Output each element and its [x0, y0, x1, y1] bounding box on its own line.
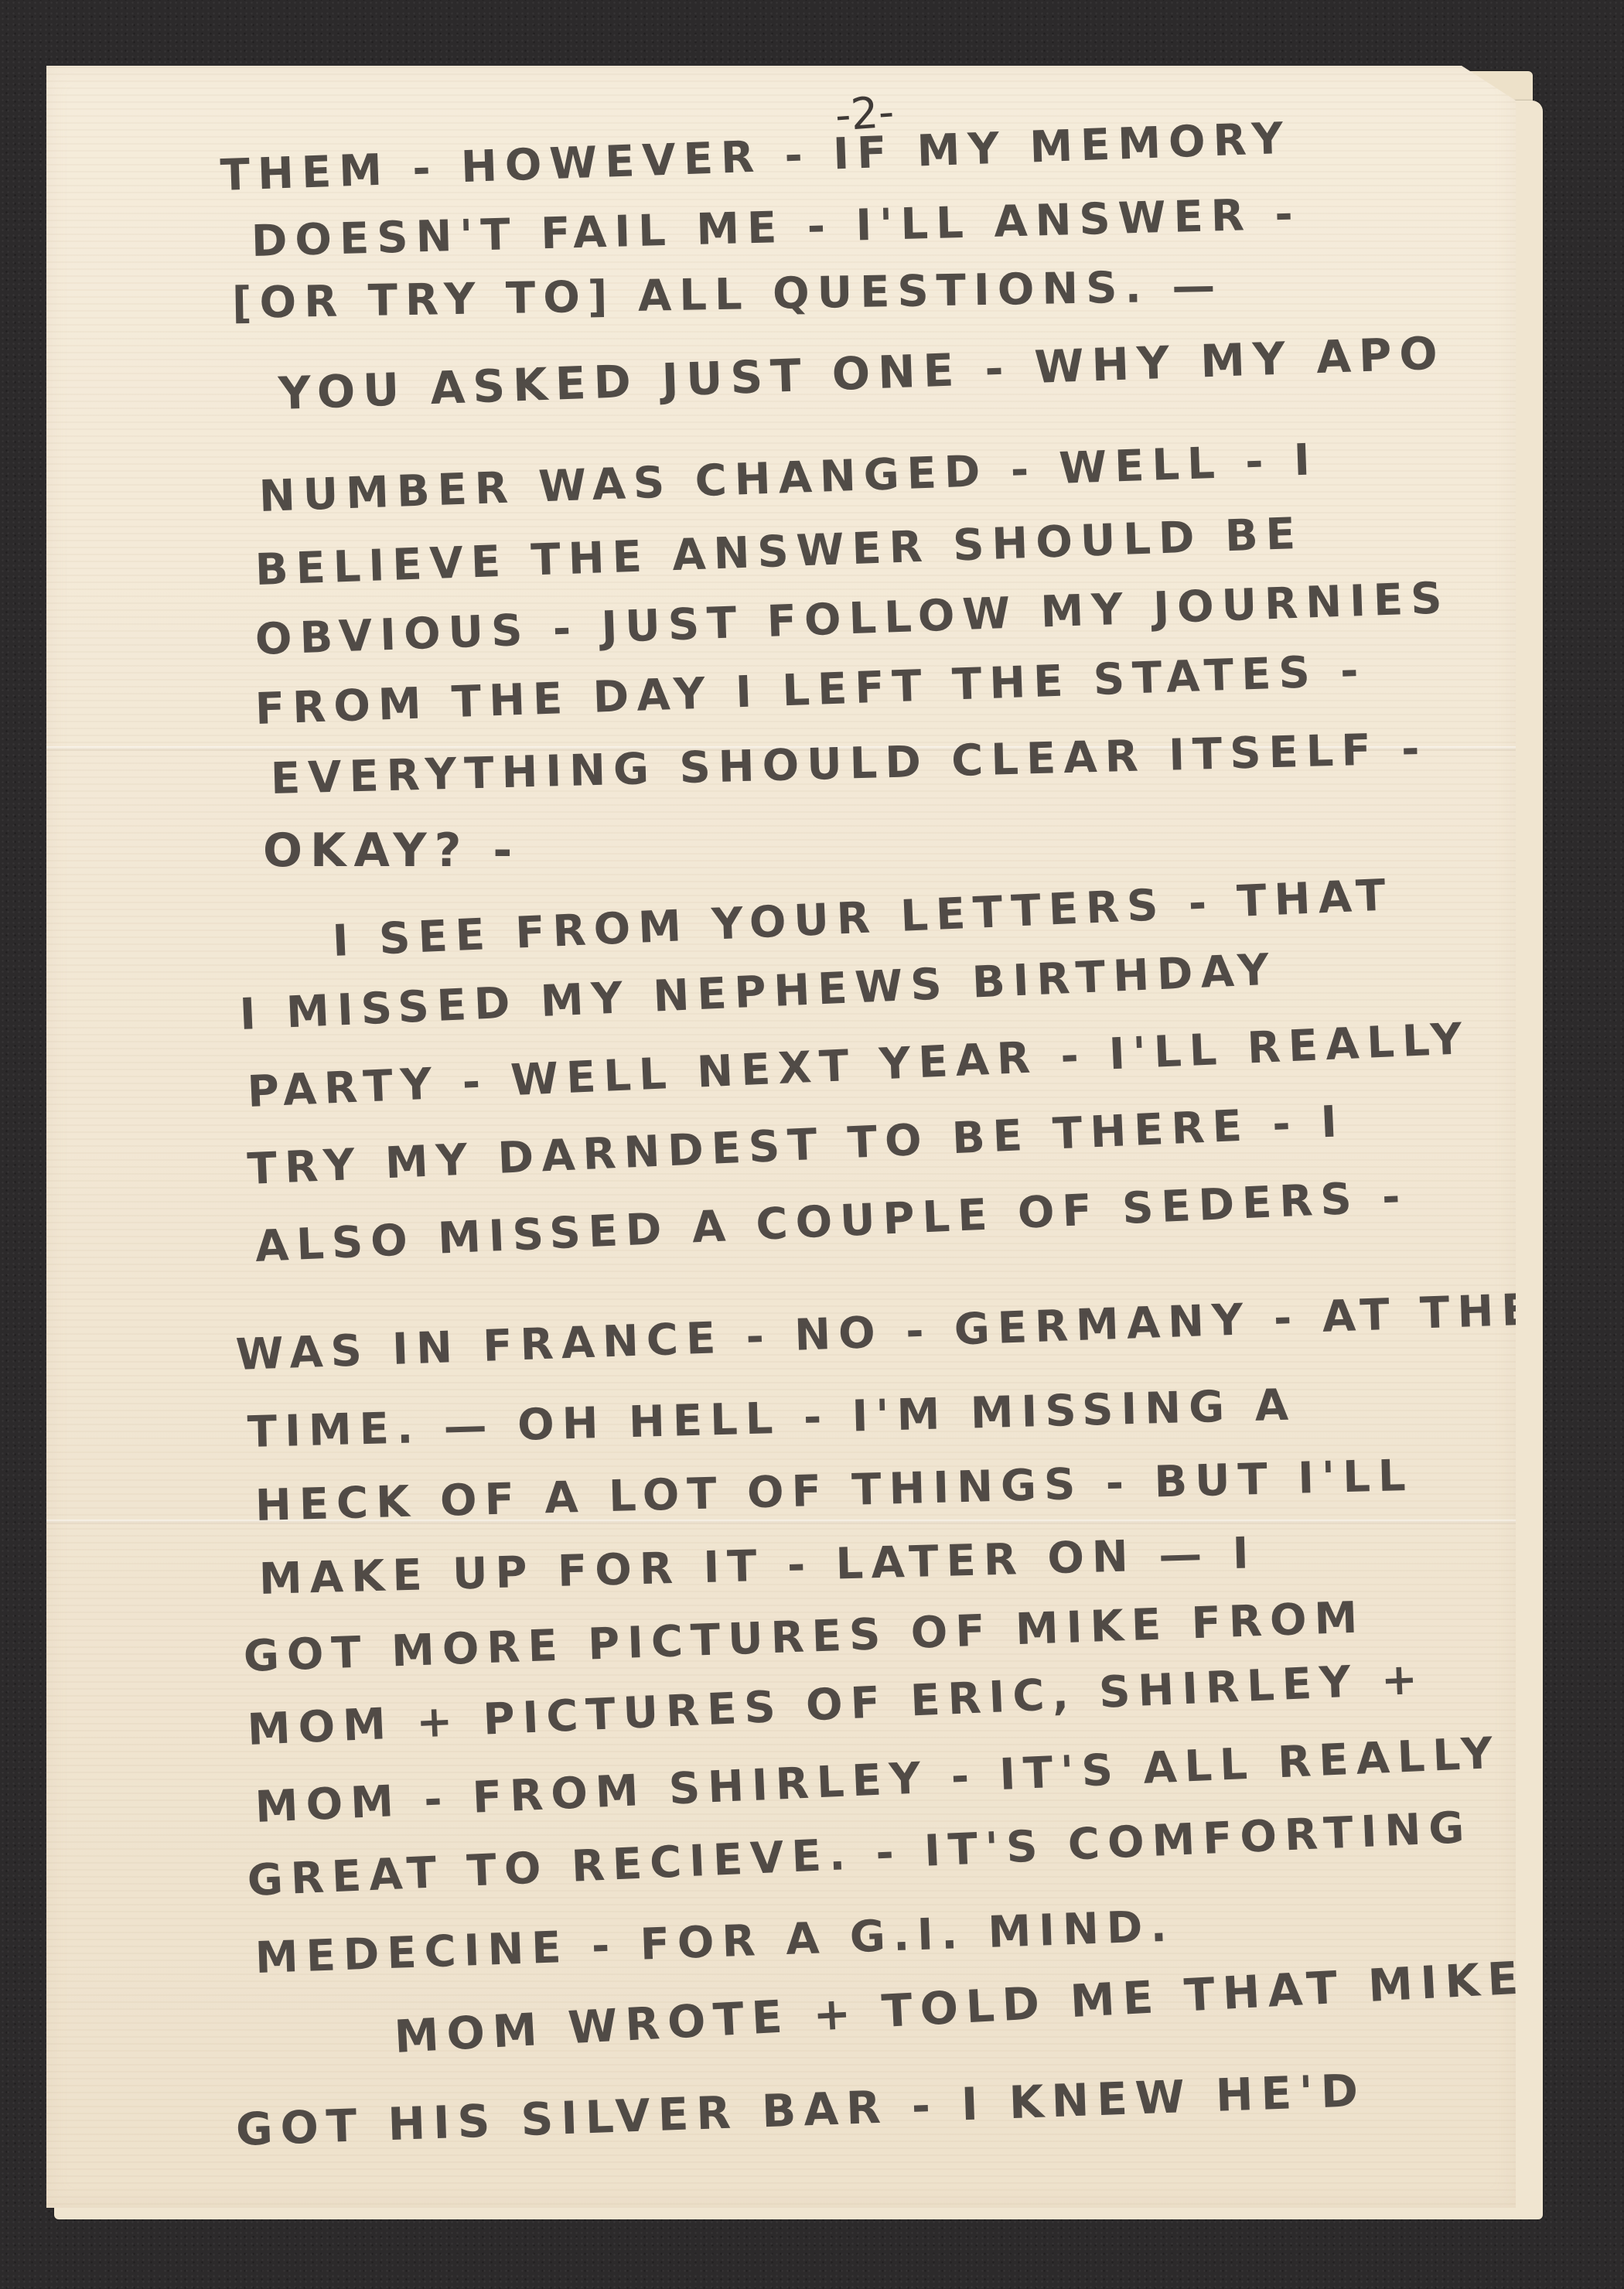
letter-line: FROM THE DAY I LEFT THE STATES - [254, 650, 1366, 732]
letter-line: HECK OF A LOT OF THINGS - BUT I'LL [254, 1455, 1414, 1528]
letter-line: TIME. — OH HELL - I'M MISSING A [247, 1384, 1296, 1455]
letter-line: YOU ASKED JUST ONE - WHY MY APO [278, 330, 1446, 416]
letter-line: [OR TRY TO] ALL QUESTIONS. — [232, 265, 1223, 326]
letter-page: -2- THEM - HOWEVER - IF MY MEMORY DOESN'… [46, 66, 1516, 2208]
letter-body: -2- THEM - HOWEVER - IF MY MEMORY DOESN'… [46, 66, 1516, 2208]
letter-line: NUMBER WAS CHANGED - WELL - I [258, 438, 1319, 519]
letter-line: GOT HIS SILVER BAR - I KNEW HE'D [235, 2068, 1366, 2152]
letter-line: BELIEVE THE ANSWER SHOULD BE [254, 513, 1304, 592]
letter-line: OKAY? - [263, 827, 520, 874]
letter-line: MAKE UP FOR IT - LATER ON — I [258, 1532, 1257, 1602]
letter-line: MEDECINE - FOR A G.I. MIND. [254, 1905, 1175, 1980]
letter-line: ALSO MISSED A COUPLE OF SEDERS - [254, 1175, 1409, 1269]
letter-line: EVERYTHING SHOULD CLEAR ITSELF - [270, 728, 1428, 801]
letter-line: THEM - HOWEVER - IF MY MEMORY [220, 118, 1291, 198]
letter-line: DOESN'T FAIL ME - I'LL ANSWER - [251, 193, 1301, 264]
letter-line: TRY MY DARNDEST TO BE THERE - I [247, 1100, 1346, 1192]
letter-line: WAS IN FRANCE - NO - GERMANY - AT THE [235, 1288, 1539, 1377]
